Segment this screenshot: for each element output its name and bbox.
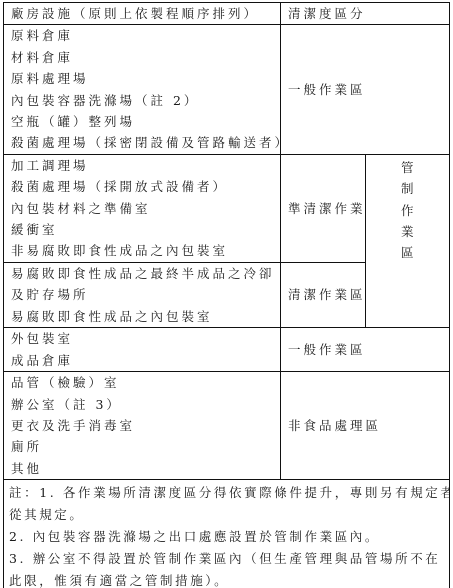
header-cleanliness: 清潔度區分 (281, 3, 450, 25)
zone-level-cell: 準清潔作業區 (281, 154, 366, 262)
note-line: 註：1. 各作業場所清潔度區分得依實際條件提升，專則另有規定者， (9, 482, 447, 504)
table-row: 加工調理場 殺菌處理場（採開放式設備者） 內包裝材料之準備室 緩衝室 非易腐敗即… (4, 154, 450, 262)
facility-item: 更衣及洗手消毒室 (11, 415, 280, 436)
note-line: 從其規定。 (9, 504, 447, 526)
controlled-zone-cell: 管 制 作 業 區 (365, 154, 450, 327)
facility-cell: 易腐敗即食性成品之最終半成品之冷卻 及貯存場所 易腐敗即食性成品之內包裝室 (4, 262, 281, 327)
zone-level-cell: 一般作業區 (281, 25, 450, 154)
table-row: 品管（檢驗）室 辦公室（註 3） 更衣及洗手消毒室 廁所 其他 非食品處理區 (4, 372, 450, 480)
note-line: 2. 內包裝容器洗滌場之出口處應設置於管制作業區內。 (9, 526, 447, 548)
facility-item: 外包裝室 (11, 328, 280, 349)
facility-item: 廁所 (11, 436, 280, 457)
facility-item: 緩衝室 (11, 219, 280, 240)
facility-item: 內包裝容器洗滌場（註 2） (11, 90, 280, 111)
facility-item: 非易腐敗即食性成品之內包裝室 (11, 240, 280, 261)
facility-item: 易腐敗即食性成品之最終半成品之冷卻 (11, 263, 280, 284)
header-facility: 廠房設施（原則上依製程順序排列） (4, 3, 281, 25)
zone-level-cell: 一般作業區 (281, 328, 450, 372)
facility-item: 殺菌處理場（採密閉設備及管路輸送者） (11, 132, 280, 153)
facility-item: 辦公室（註 3） (11, 394, 280, 415)
facility-cell: 品管（檢驗）室 辦公室（註 3） 更衣及洗手消毒室 廁所 其他 (4, 372, 281, 480)
facility-item: 加工調理場 (11, 155, 280, 176)
table-row: 外包裝室 成品倉庫 一般作業區 (4, 328, 450, 372)
note-line: 3. 辦公室不得設置於管制作業區內（但生產管理與品管場所不在 (9, 548, 447, 570)
facility-item: 空瓶（罐）整列場 (11, 111, 280, 132)
document: 廠房設施（原則上依製程順序排列） 清潔度區分 原料倉庫 材料倉庫 原料處理場 內… (3, 2, 450, 584)
facility-cell: 原料倉庫 材料倉庫 原料處理場 內包裝容器洗滌場（註 2） 空瓶（罐）整列場 殺… (4, 25, 281, 154)
facility-item: 品管（檢驗）室 (11, 372, 280, 393)
notes-row: 註：1. 各作業場所清潔度區分得依實際條件提升，專則另有規定者， 從其規定。 2… (4, 480, 450, 588)
facility-item: 內包裝材料之準備室 (11, 198, 280, 219)
facility-item: 及貯存場所 (11, 284, 280, 305)
facility-item: 其他 (11, 458, 280, 479)
facility-item: 原料倉庫 (11, 25, 280, 46)
table-row: 原料倉庫 材料倉庫 原料處理場 內包裝容器洗滌場（註 2） 空瓶（罐）整列場 殺… (4, 25, 450, 154)
facility-item: 成品倉庫 (11, 350, 280, 371)
facility-item: 殺菌處理場（採開放式設備者） (11, 176, 280, 197)
table-header-row: 廠房設施（原則上依製程順序排列） 清潔度區分 (4, 3, 450, 25)
zone-level-cell: 非食品處理區 (281, 372, 450, 480)
note-line: 此限，惟須有適當之管制措施）。 (9, 570, 447, 588)
facility-cell: 加工調理場 殺菌處理場（採開放式設備者） 內包裝材料之準備室 緩衝室 非易腐敗即… (4, 154, 281, 262)
facility-cell: 外包裝室 成品倉庫 (4, 328, 281, 372)
cleanliness-zone-table: 廠房設施（原則上依製程順序排列） 清潔度區分 原料倉庫 材料倉庫 原料處理場 內… (3, 2, 450, 588)
controlled-zone-label: 管 制 作 業 區 (366, 155, 450, 264)
notes-cell: 註：1. 各作業場所清潔度區分得依實際條件提升，專則另有規定者， 從其規定。 2… (4, 480, 450, 588)
facility-item: 易腐敗即食性成品之內包裝室 (11, 306, 280, 327)
facility-item: 原料處理場 (11, 68, 280, 89)
zone-level-cell: 清潔作業區 (281, 262, 366, 327)
facility-item: 材料倉庫 (11, 47, 280, 68)
